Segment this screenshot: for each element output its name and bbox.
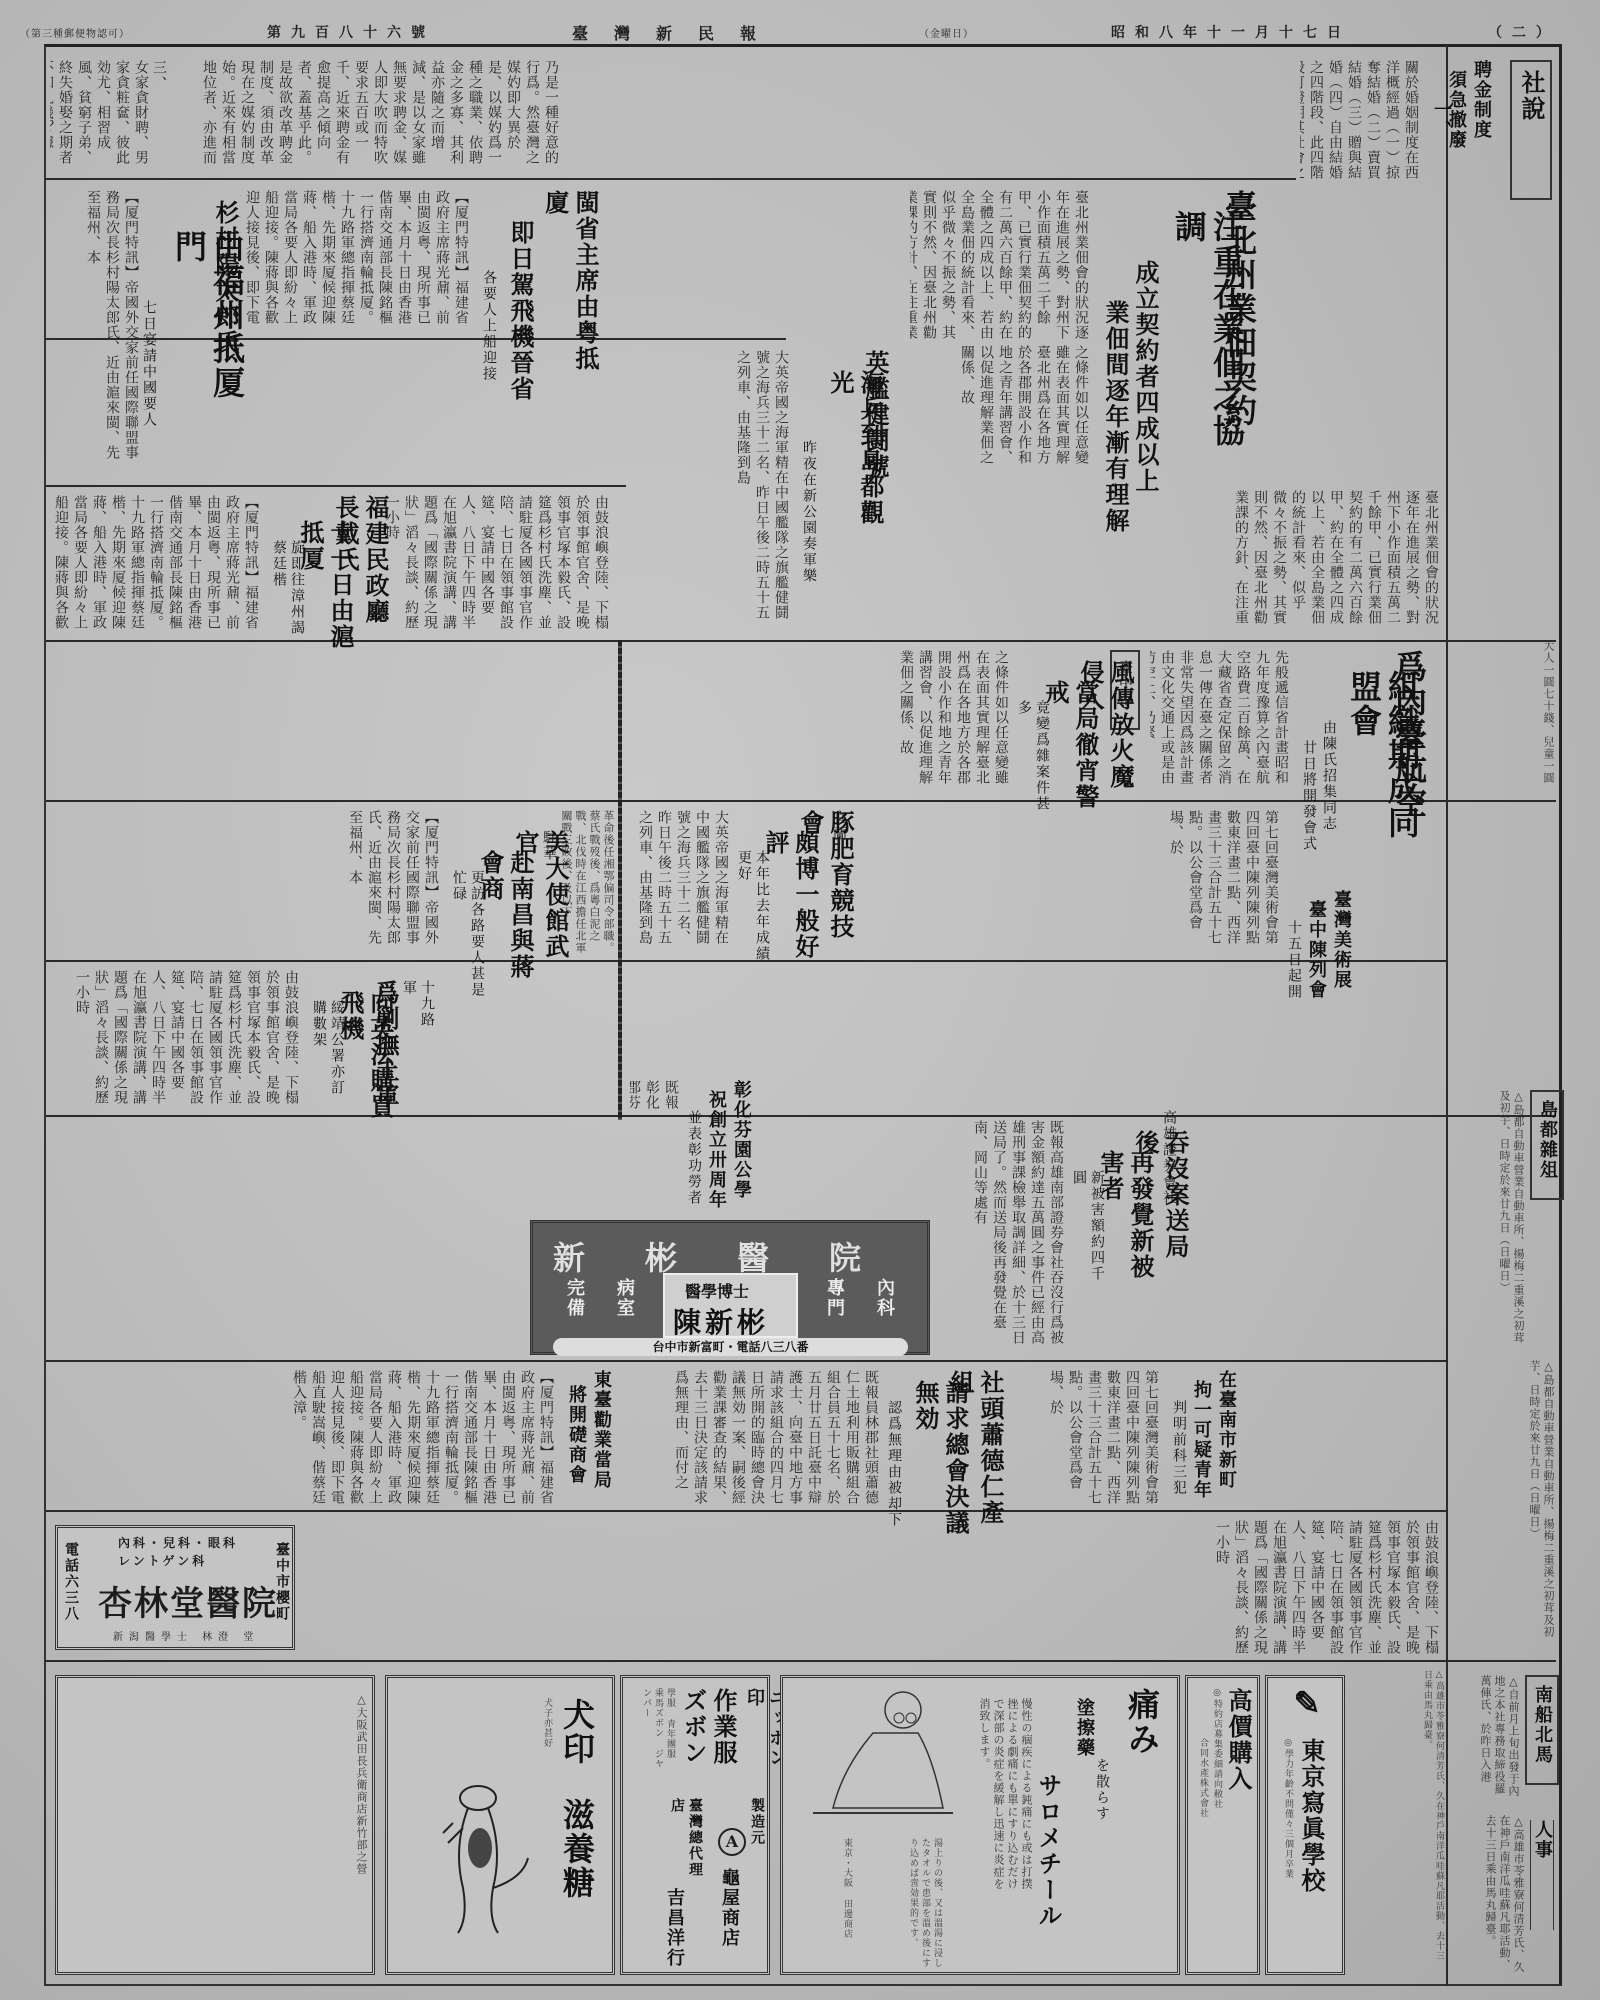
art-title: 臺灣美術展 <box>1330 890 1352 1010</box>
ships-column-label: 南船北馬 <box>1525 1675 1559 1785</box>
clinic-chen-room-1: 病室 <box>613 1278 635 1333</box>
pig-body: 大英帝國之海軍精在中國艦隊之旗艦健鬪號之海兵三十二名、昨日午後二時五十五之列車、… <box>630 810 730 955</box>
band-rule-4 <box>46 640 1556 642</box>
art-note: 十五日起開 <box>1285 920 1303 1020</box>
clinic-chen-address: 台中市新富町・電話八三八番 <box>553 1338 908 1356</box>
clinic-xinglin-depts-2: レントゲン科 <box>118 1552 207 1569</box>
island-column-item-1: △島都自動車營業自動車所、揚梅二重溪之初茸及初芋、日時定於來廿九日（日曜日） <box>1450 1090 1525 1350</box>
newspaper-page: （二） 昭和八年十一月十七日 （金曜日） 臺灣新民報 第九百八十六號 （第三種郵… <box>0 0 1600 2000</box>
editorial-body-3: 女家貪財聘、男家貪粧奩、彼此効尤、相習成風、貧窮子弟、終失婚娶之期者不知凡幾？據 <box>50 60 150 175</box>
work-clothes-product-1: 作業服 <box>708 1688 738 1788</box>
minister-body: 由鼓浪嶼登陸、下榻於領事館官舍、是晚領事官塚本毅氏、設筵爲杉村氏洗塵、並請駐厦各… <box>370 495 610 635</box>
dog-sugar-ad: 犬印 滋養糖 犬子亦甚好 <box>385 1675 615 1975</box>
fujian-story-body: 【厦門特訊】福建省政府主席蔣光鼐、前由閩返粤、現所事已畢、本月十日由香港偕南交通… <box>240 190 470 330</box>
sugimura-subtitle: 由福州抵厦門 <box>170 230 246 430</box>
photo-school-logo: ✎ <box>1288 1684 1326 1734</box>
editorial-title-line-1: 聘金制度 <box>1470 60 1492 170</box>
work-clothes-product-2: ズボン <box>678 1688 708 1788</box>
dog-sugar-slogan: 犬子亦甚好 <box>503 1698 553 1768</box>
school-subtitle: 祝創立卅周年 <box>705 1090 727 1210</box>
band-rule-10 <box>46 1660 1556 1662</box>
band-rule-8 <box>46 1360 1446 1362</box>
ships-column-item: △自前月上旬出發于內地之本社專務取締役羅萬俥氏、於昨日入港 <box>1450 1675 1520 1805</box>
salomethyl-seller: 東京・大阪 田邊商店 <box>793 1838 853 1968</box>
attache-body: 革命後任湘鄂偏司令部職。蔡氏戰歿後、爲粵白泥之戰、北伐時在江西擔任北軍關戰三敗後… <box>560 810 615 955</box>
lead-story-body-2: 之條件如以任意變雖在表面其實理解臺北州爲在各地方於各郡開設小作和地之青年講習會、… <box>910 345 1090 475</box>
birthday-notice-ad: △大阪武田長兵衛商店新竹部之營 <box>55 1675 375 1975</box>
band-rule-3 <box>46 485 626 487</box>
securities-body: 既報高雄南部證券會社吞沒行爲被害金額約達五萬圓之事件已經由高雄刑事課檢舉取調詳細… <box>940 1120 1065 1355</box>
work-clothes-logo: A <box>718 1828 746 1856</box>
salomethyl-headline: 痛み <box>1123 1688 1161 1768</box>
minister-note: 旋即往漳州謁蔡廷楷 <box>270 540 306 640</box>
clinic-chen-doctor: 陳新彬 <box>673 1301 769 1341</box>
band-rule-1 <box>46 178 1296 180</box>
art-body: 第七回臺灣美術會第四回臺中陳列陳列點數東洋畫二點、西洋畫三十三合計五十七點。以公… <box>1150 810 1280 955</box>
column-divider-dotted <box>618 640 622 1120</box>
coop-body: 既報員林郡社頭蕭德仁土地利用販購組合組合員五十七名、於五月廿五日託臺中辯護士、向… <box>640 1370 880 1505</box>
school-title: 彰化芬園公學 <box>730 1080 752 1200</box>
photo-school-name: 東京寫眞學校 <box>1296 1738 1326 1973</box>
school-body: 既報彰化郡芬園公學校創立三十周年記念祝賀式、於去十五日午前 <box>630 1080 680 1110</box>
air-league-body: 先般遞信省計畫昭和九年度豫算之內臺航空路費二百餘萬、在大藏省查定保留之消息一傳在… <box>1150 650 1290 790</box>
air-league-note-2: 廿日將開發會式 <box>1300 740 1318 860</box>
army-body: 由鼓浪嶼登陸、下榻於領事館官舍、是晚領事官塚本毅氏、設筵爲杉村氏洗塵、並請駐厦各… <box>50 970 300 1110</box>
fujian-story-title: 閩省主席由粤抵廈 <box>540 190 600 390</box>
lead-story-subtitle-3: 業佃間逐年漸有理解 <box>1100 300 1130 560</box>
editorial-body-1: 關於婚姻制度在西洋概經過（一）掠奪結婚（二）賣買結婚（三）贈與結婚（四）自由結婚… <box>1300 60 1420 180</box>
work-clothes-items: 學服 青年團服 乘馬ズボン ジヤンパー <box>631 1688 676 1778</box>
tainan-title: 在臺南市新町 <box>1215 1370 1237 1500</box>
editorial-label: 社說 <box>1510 60 1552 200</box>
editorial-section-mark: 一、 <box>1430 100 1452 130</box>
island-column-label: 島都雜俎 <box>1530 1090 1564 1200</box>
air-league-note-1: 由陳氏招集同志 <box>1320 720 1338 840</box>
band-rule-9 <box>46 1510 1446 1512</box>
right-column-rule <box>1446 44 1448 1986</box>
arson-body: 之條件如以任意變雖在表面其實理解臺北州爲在各地方於各郡開設小作和地之青年講習會、… <box>900 650 1010 790</box>
personnel-column-label: 人事 <box>1530 1820 1554 1930</box>
lead-story-subtitle-1: 注重在業佃之協調 <box>1170 210 1246 470</box>
weekday: （金曜日） <box>919 25 974 40</box>
shark-skin-company: 合同水產株式會社 <box>1191 1738 1209 1968</box>
misc-body-band5: 【厦門特訊】帝國外交家前任國際聯盟事務局次長杉村陽太郎氏、近由滬來閩、先至福州、… <box>50 810 440 955</box>
tainan-subtitle: 拘一可疑青年 <box>1190 1380 1212 1510</box>
clinic-chen-dept-2: 專門 <box>823 1278 845 1333</box>
tainan-body: 第七回臺灣美術會第四回臺中陳列陳列點數東洋畫二點、西洋畫三十三合計五十七點。以公… <box>1050 1370 1160 1505</box>
work-clothes-maker-label: 製造元 <box>748 1798 766 1868</box>
fujian-story-subtitle: 即日駕飛機晉省 <box>505 220 535 420</box>
eastern-industry-title: 東臺勸業當局 <box>590 1370 612 1490</box>
british-ship-dateline: 昨夜在新公園奏軍樂 <box>800 440 818 620</box>
securities-note: 新被害額約四千圓 <box>1070 1170 1106 1290</box>
band-rule-7 <box>46 1115 1556 1117</box>
coop-note: 認爲無理由被却下 <box>885 1400 903 1540</box>
art-subtitle: 臺中陳列會 <box>1305 900 1327 1020</box>
attache-note: 更訪各路要人甚是忙碌 <box>450 870 486 1000</box>
clinic-xinglin-depts-1: 內科・兒科・眼科 <box>118 1534 238 1551</box>
salomethyl-type: 塗擦藥 <box>1073 1698 1095 1768</box>
island-column-upper: 大人一圓七十錢、兒童一圓 <box>1450 640 1555 1080</box>
salomethyl-headline-suffix: を散らす <box>1093 1758 1111 1828</box>
misc-notices-bottom: △高雄市苓雅寮何清芳氏、久在神戶南洋瓜哇蘇凡耶活動、去十三日乘由馬丸歸臺。 <box>1350 1670 1445 1970</box>
arson-note: 竟變爲雜案件甚多 <box>1015 700 1051 820</box>
clinic-chen-dept-1: 內科 <box>873 1278 895 1333</box>
island-column-lower: △島都自動車營業自動車所、揚梅二重溪之初茸及初芋、日時定於來廿九日（日曜日） <box>1450 1360 1555 1650</box>
dog-sugar-product: 滋養糖 <box>558 1798 596 1968</box>
clinic-xinglin-phone: 電話六三八 <box>62 1542 80 1642</box>
sugimura-note: 七日宴請中國要人 <box>140 300 158 440</box>
birthday-notice-body: △大阪武田長兵衛商店新竹部之營 <box>68 1693 368 1963</box>
work-clothes-maker: 龜屋商店 <box>718 1868 740 1968</box>
eastern-industry-body: 【厦門特訊】福建省政府主席蔣光鼐、前由閩返粤、現所事已畢、本月十日由香港偕南交通… <box>50 1370 555 1505</box>
work-clothes-ad: ニッポン印 作業服 ズボン 學服 青年團服 乘馬ズボン ジヤンパー 製造元 A … <box>620 1675 770 1975</box>
notices-band: 由鼓浪嶼登陸、下榻於領事館官舍、是晚領事官塚本毅氏、設筵爲杉村氏洗塵、並請駐厦各… <box>315 1520 1440 1655</box>
eastern-industry-subtitle: 將開礎商會 <box>565 1385 587 1505</box>
clinic-xinglin-name: 杏林堂醫院 <box>98 1576 278 1625</box>
minister-body-cont: 【厦門特訊】福建省政府主席蔣光鼐、前由閩返粤、現所事已畢、本月十日由香港偕南交通… <box>50 495 260 635</box>
clinic-chen-center: 醫學博士 陳新彬 <box>663 1273 798 1338</box>
salomethyl-tip: 湯上りの後、又は溫湯に浸したタオルで患部を溫め後にすり込めば啻効果的です。 <box>863 1838 943 1968</box>
dog-illustration-icon <box>418 1778 538 1938</box>
dog-sugar-brand: 犬印 <box>558 1698 596 1798</box>
issue-number: 第九百八十六號 <box>267 22 435 42</box>
school-note: 並表彰功勞者 <box>685 1110 703 1210</box>
sugimura-body: 【厦門特訊】帝國外交家前任國際聯盟事務局次長杉村陽太郎氏、近由滬來閩、先至福州、… <box>50 190 140 470</box>
clinic-xinglin-doctor: 新潟醫學士 林澄 堂 <box>113 1628 259 1643</box>
editorial-section-mark-3: 三、 <box>150 60 168 90</box>
salomethyl-body: 慢性の痼疾による鈍痛にも或は打撲挫による劇痛にも單にすり込むだけで深部の炎症を緩… <box>948 1698 1033 1898</box>
army-prefix: 十九路軍 <box>400 980 436 1030</box>
masthead: （二） 昭和八年十一月十七日 （金曜日） 臺灣新民報 第九百八十六號 （第三種郵… <box>20 20 1560 44</box>
editorial-body-2: 乃是一種好意的行爲。然臺灣之媒妁即大異於是、以媒妁爲一種之職業、依聘金之多寡、其… <box>200 60 560 175</box>
salomethyl-ad: 痛み を散らす 塗擦藥 サロメチール 慢性の痼疾による鈍痛にも或は打撲挫による劇… <box>780 1675 1180 1975</box>
clinic-chen-title: 醫學博士 <box>685 1279 749 1302</box>
pig-note: 本年比去年成績更好 <box>735 850 771 970</box>
fujian-story-note: 各要人上船迎接 <box>480 270 498 390</box>
page-number: （二） <box>1488 22 1560 42</box>
british-ship-subtitle: 海兵到島都觀光 <box>825 370 885 550</box>
work-clothes-agent: 吉昌洋行 <box>663 1888 685 1973</box>
army-note: 綏靖公署亦訂購數架 <box>310 1000 346 1110</box>
tainan-note: 判明前科三犯 <box>1170 1400 1188 1500</box>
clinic-xinglin-ad: 內科・兒科・眼科 レントゲン科 杏林堂醫院 電話六三八 臺中市櫻町 新潟醫學士 … <box>55 1525 295 1650</box>
clinic-xinglin-location: 臺中市櫻町 <box>273 1542 291 1642</box>
photo-school-ad: 東京寫眞學校 ◎學力年齡不問僅々三個月卒業 ✎ <box>1265 1675 1345 1975</box>
lead-story-body-3: 臺北州業佃會的狀況逐年在進展之勢、對州下小作面積五萬二千餘甲、已實行業佃契約的有… <box>1230 490 1440 630</box>
work-clothes-agent-label: 臺灣總代理店 <box>668 1798 704 1888</box>
salomethyl-product: サロメチール <box>1033 1773 1063 1973</box>
shark-skin-ad: 高價購入 ◎特約店募集委細請向敝社 合同水產株式會社 <box>1185 1675 1260 1975</box>
photo-school-note: ◎學力年齡不問僅々三個月卒業 <box>1272 1738 1294 1968</box>
lead-story-body-1: 臺北州業佃會的狀況逐年在進展之勢、對州下小作面積五萬二千餘甲、已實行業佃契約的有… <box>910 190 1090 340</box>
personnel-column-item: △高雄市苓雅寮何清芳氏、久在神戶南洋瓜哇蘇凡耶活動、去十三日乘由馬丸歸臺。 <box>1450 1815 1525 1980</box>
issue-date: 昭和八年十一月十七日 <box>1111 22 1351 42</box>
clinic-chen-ad: 新彬醫院 醫學博士 陳新彬 內科 專門 病室 完備 台中市新富町・電話八三八番 <box>530 1220 930 1355</box>
postal-registration: （第三種郵便物認可） <box>20 25 130 40</box>
shark-skin-title: 高價購入 <box>1223 1688 1253 1888</box>
air-league-subtitle: 組織期成同盟會 <box>1345 670 1421 870</box>
paper-name: 臺灣新民報 <box>572 21 782 44</box>
lead-story-subtitle-2: 成立契約者四成以上 <box>1130 260 1160 520</box>
old-man-illustration-icon <box>803 1688 953 1818</box>
clinic-chen-room-2: 完備 <box>563 1278 585 1333</box>
british-ship-body: 大英帝國之海軍精在中國艦隊之旗艦健鬪號之海兵三十二名、昨日午後二時五十五之列車、… <box>630 350 790 630</box>
shark-skin-note: ◎特約店募集委細請向敝社 <box>1208 1688 1223 1888</box>
